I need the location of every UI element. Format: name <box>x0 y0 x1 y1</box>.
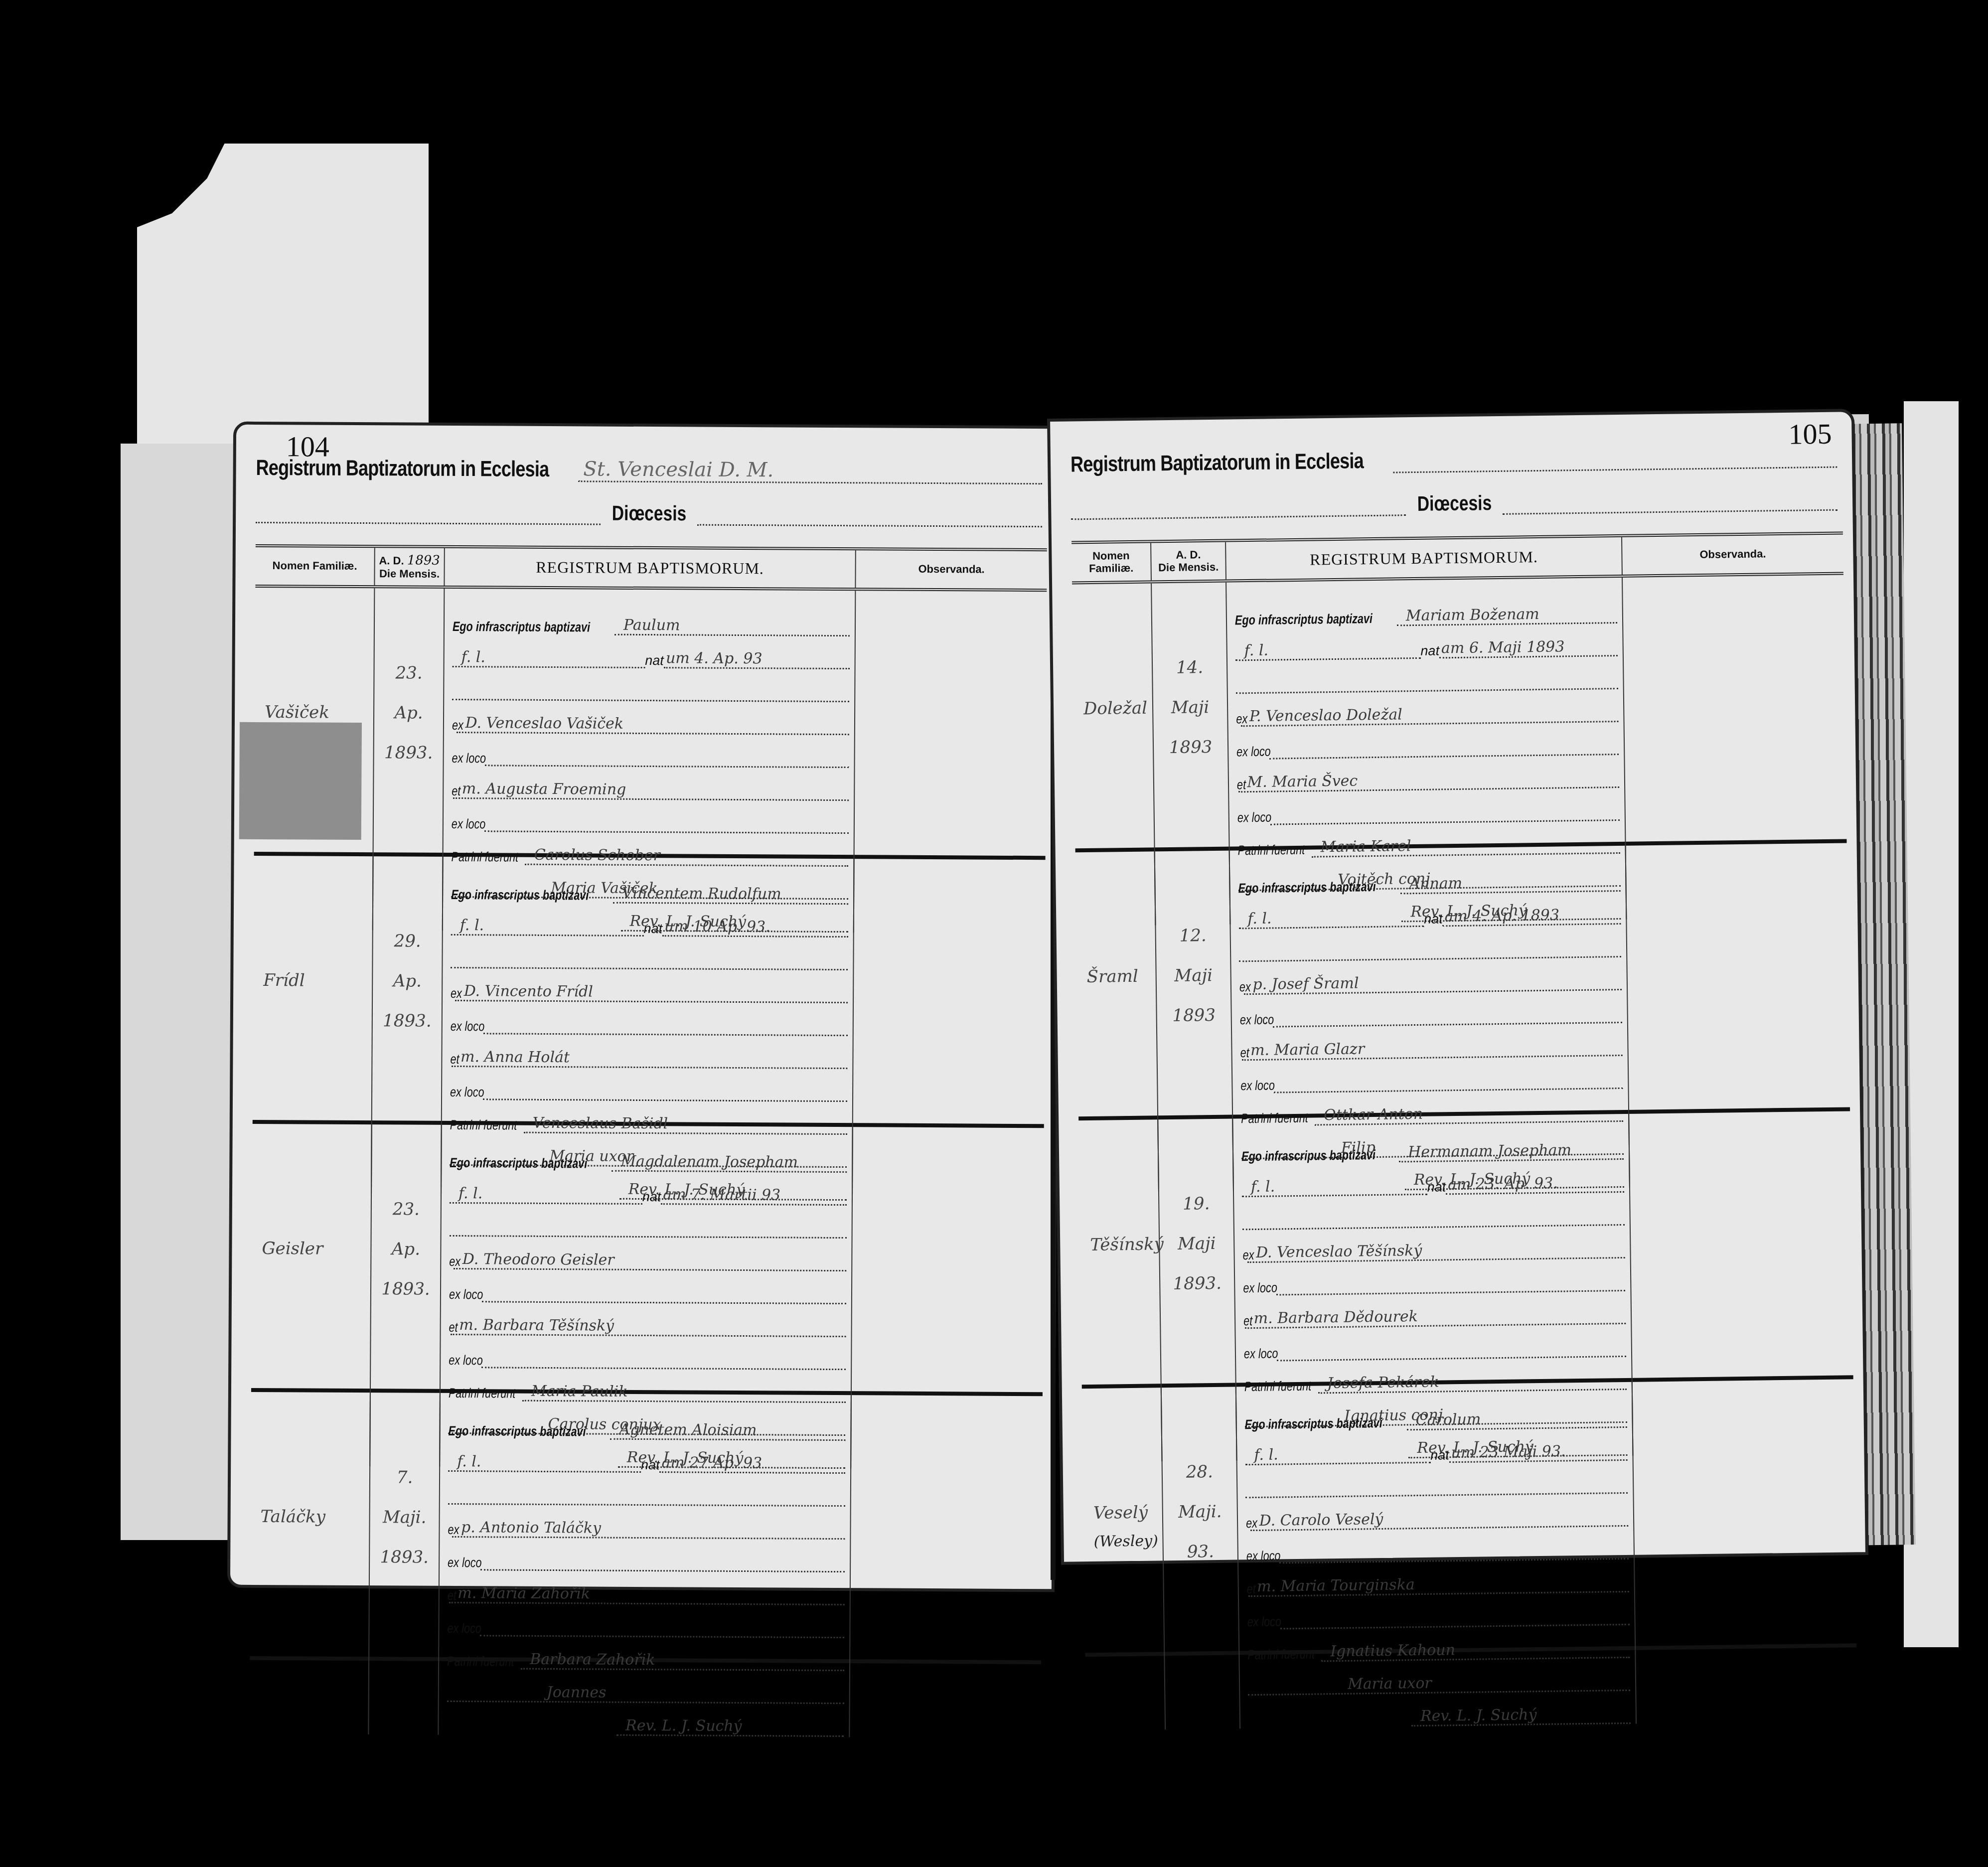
child-name: Agnetem Aloisiam <box>611 1421 846 1441</box>
surname: Frídl <box>263 970 305 990</box>
surname: Těšínský <box>1090 1234 1164 1255</box>
priest-signature: Rev. L. J. Suchý <box>1411 1705 1631 1726</box>
diocese-row: Diœcesis <box>1071 487 1837 520</box>
surname-alternate: (Wesley) <box>1093 1532 1158 1551</box>
godparent-1: Barbara Zahořik <box>521 1651 844 1671</box>
birth-date: am 6. Maji 1893 <box>1439 637 1618 658</box>
birth-date: am 4. Ap. 1893 <box>1442 906 1621 927</box>
header-surname: Nomen Familiæ. <box>255 547 375 585</box>
birth-date: am 23. Ap. 93. <box>1446 1174 1624 1195</box>
redaction-box <box>239 722 362 840</box>
register-entry: Geisler 23. Ap. 1893. Ego infrascriptus … <box>251 1124 1044 1396</box>
child-name: Annam <box>1400 873 1620 894</box>
surname: Veselý <box>1093 1503 1148 1523</box>
notes-cell <box>1633 1379 1857 1723</box>
page-title: Registrum Baptizatorum in Ecclesia <box>1070 449 1364 477</box>
father-name: D. Venceslao Vašiček <box>456 714 849 735</box>
surname: Doležal <box>1083 698 1147 719</box>
header-register: REGISTRUM BAPTISMORUM. <box>445 548 856 588</box>
left-page-stack <box>121 444 235 1540</box>
header-notes: Observanda. <box>1622 534 1843 574</box>
register-table: Nomen Familiæ. A. D. 1893 Die Mensis. RE… <box>250 544 1047 1574</box>
register-entry: Vašiček 23. Ap. 1893. Ego infrascriptus … <box>254 588 1047 860</box>
church-name <box>1393 467 1837 473</box>
mother-name: m. Maria Zahořik <box>449 1584 845 1605</box>
header-register: REGISTRUM BAPTISMORUM. <box>1226 537 1623 580</box>
church-name: St. Venceslai D. M. <box>578 458 1043 484</box>
child-name: Carolum <box>1406 1409 1627 1430</box>
birth-date: um 4. Ap. 93 <box>664 649 850 669</box>
child-name: Vincentem Rudolfum <box>613 885 848 905</box>
birth-date: am 27 Ap. 93 <box>659 1454 845 1474</box>
mother-name: m. Augusta Froeming <box>453 780 849 801</box>
father-name: D. Theodoro Geisler <box>454 1250 847 1271</box>
diocese-label: Diœcesis <box>610 501 688 526</box>
table-header: Nomen Familiæ. A. D. 1893 Die Mensis. RE… <box>255 544 1047 592</box>
child-name: Magdalenam Josepham <box>612 1153 847 1173</box>
register-entry: Veselý (Wesley) 28. Maji. 93. Ego infras… <box>1082 1379 1856 1657</box>
header-notes: Observanda. <box>856 550 1047 589</box>
surname: Šraml <box>1086 966 1138 987</box>
page-title-row: Registrum Baptizatorum in Ecclesia St. V… <box>256 456 1043 484</box>
surname: Geisler <box>262 1239 323 1259</box>
register-table: Nomen Familiæ. A. D. Die Mensis. REGISTR… <box>1071 531 1855 1547</box>
register-entry: Těšínský 19. Maji 1893. Ego infrascripus… <box>1078 1111 1853 1389</box>
mother-name: m. Anna Holát <box>452 1048 848 1069</box>
birth-date: um 10 Ap. 93. <box>662 918 848 937</box>
priest-signature: Rev. L. J. Suchý <box>616 1717 844 1737</box>
godparent-2: Joannes <box>447 1683 844 1704</box>
diocese-label: Diœcesis <box>1415 491 1493 516</box>
left-page: 104 Registrum Baptizatorum in Ecclesia S… <box>227 422 1061 1592</box>
header-surname: Nomen Familiæ. <box>1071 543 1152 581</box>
father-name: D. Vincento Frídl <box>455 982 848 1003</box>
register-entry: Šraml 12. Maji 1893 Ego infrascriptus ba… <box>1075 843 1850 1120</box>
diocese-row: Diœcesis <box>256 499 1042 527</box>
header-date: A. D. Die Mensis. <box>1151 542 1226 581</box>
godparent-1: Ignatius Kahoun <box>1321 1639 1630 1662</box>
page-title: Registrum Baptizatorum in Ecclesia <box>256 456 549 482</box>
surname: Vašiček <box>265 702 329 723</box>
birth-date: am 7. Martii 93 <box>661 1186 847 1206</box>
child-name: Mariam Boženam <box>1397 605 1617 626</box>
father-name: p. Antonio Taláčky <box>452 1519 845 1540</box>
notes-cell <box>850 1395 1043 1738</box>
page-title-row: Registrum Baptizatorum in Ecclesia <box>1070 443 1837 477</box>
register-entry: Frídl 29. Ap. 1893. Ego infrascriptus ba… <box>253 856 1046 1128</box>
child-name: Paulum <box>614 617 850 636</box>
surname: Taláčky <box>261 1507 326 1527</box>
mother-name: m. Barbara Těšínský <box>450 1316 846 1337</box>
right-page: 105 Registrum Baptizatorum in Ecclesia D… <box>1047 409 1868 1565</box>
register-entry: Doležal 14. Maji 1893 Ego infrascriptus … <box>1072 575 1846 852</box>
birth-date: um 23 Maji 93. <box>1449 1442 1627 1463</box>
register-entry: Taláčky 7. Maji. 1893. Ego infrascriptus… <box>250 1392 1043 1664</box>
header-date: A. D. 1893 Die Mensis. <box>375 548 445 586</box>
child-name: Hermanam Josepham <box>1399 1141 1624 1163</box>
